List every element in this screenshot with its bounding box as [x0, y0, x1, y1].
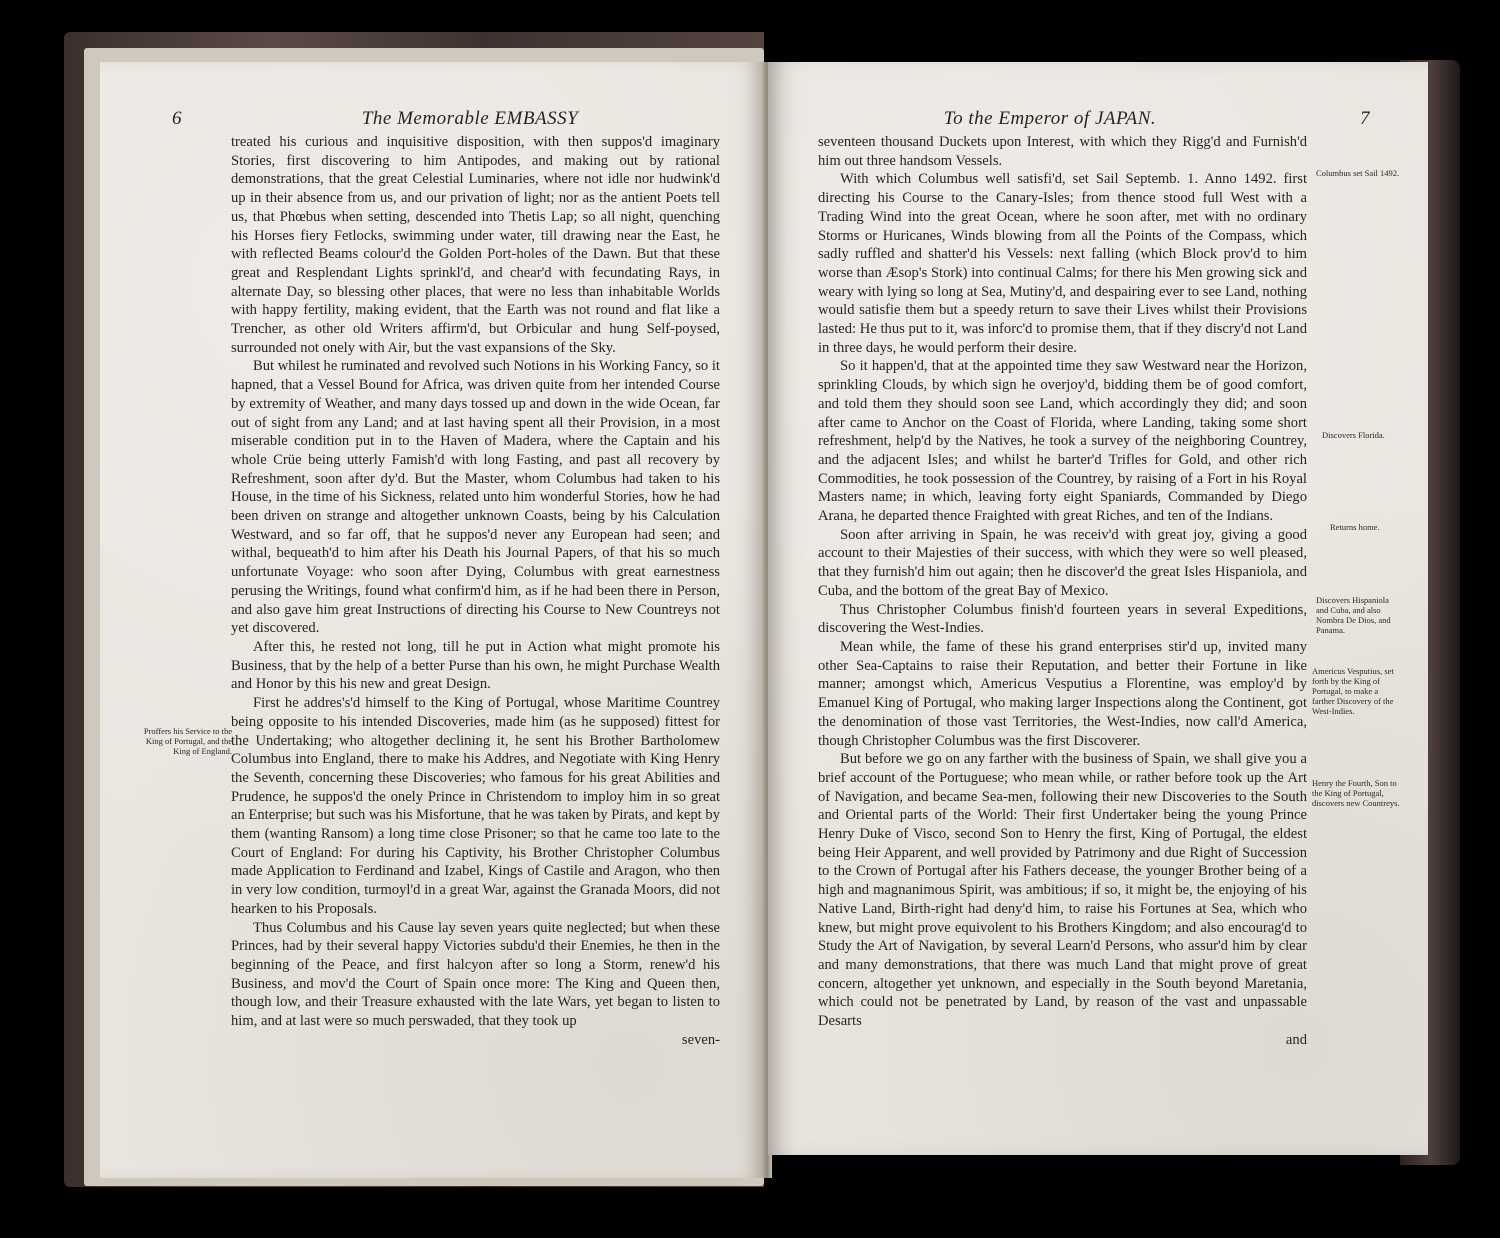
paragraph: After this, he rested not long, till he … — [231, 638, 720, 694]
margin-note: Americus Vesputius, set forth by the Kin… — [1312, 666, 1402, 716]
paragraph: But whilest he ruminated and revolved su… — [231, 357, 720, 638]
right-running-head: To the Emperor of JAPAN. — [880, 108, 1220, 130]
paragraph: But before we go on any farther with the… — [818, 750, 1307, 1031]
right-folio: 7 — [1360, 108, 1370, 130]
right-body: seventeen thousand Duckets upon Interest… — [818, 133, 1307, 1049]
left-body: treated his curious and inquisitive disp… — [231, 133, 720, 1049]
paragraph: With which Columbus well satisfi'd, set … — [818, 170, 1307, 357]
paragraph: Thus Columbus and his Cause lay seven ye… — [231, 919, 720, 1031]
paragraph: Mean while, the fame of these his grand … — [818, 638, 1307, 750]
paragraph: treated his curious and inquisitive disp… — [231, 133, 720, 357]
catchword: and — [818, 1031, 1307, 1050]
margin-note: Discovers Hispaniola and Cuba, and also … — [1316, 595, 1402, 635]
paragraph: First he addres's'd himself to the King … — [231, 694, 720, 918]
catchword: seven- — [231, 1031, 720, 1050]
paragraph: seventeen thousand Duckets upon Interest… — [818, 133, 1307, 170]
margin-note: Henry the Fourth, Son to the King of Por… — [1312, 778, 1402, 808]
margin-note: Proffers his Service to the King of Port… — [128, 726, 232, 756]
paragraph: Thus Christopher Columbus finish'd fourt… — [818, 601, 1307, 638]
margin-note: Discovers Florida. — [1322, 430, 1398, 440]
margin-note: Columbus set Sail 1492. — [1316, 168, 1400, 178]
paragraph: Soon after arriving in Spain, he was rec… — [818, 526, 1307, 601]
left-folio: 6 — [172, 108, 182, 130]
left-running-head: The Memorable EMBASSY — [300, 108, 640, 130]
paragraph: So it happen'd, that at the appointed ti… — [818, 357, 1307, 525]
margin-note: Returns home. — [1330, 522, 1400, 532]
